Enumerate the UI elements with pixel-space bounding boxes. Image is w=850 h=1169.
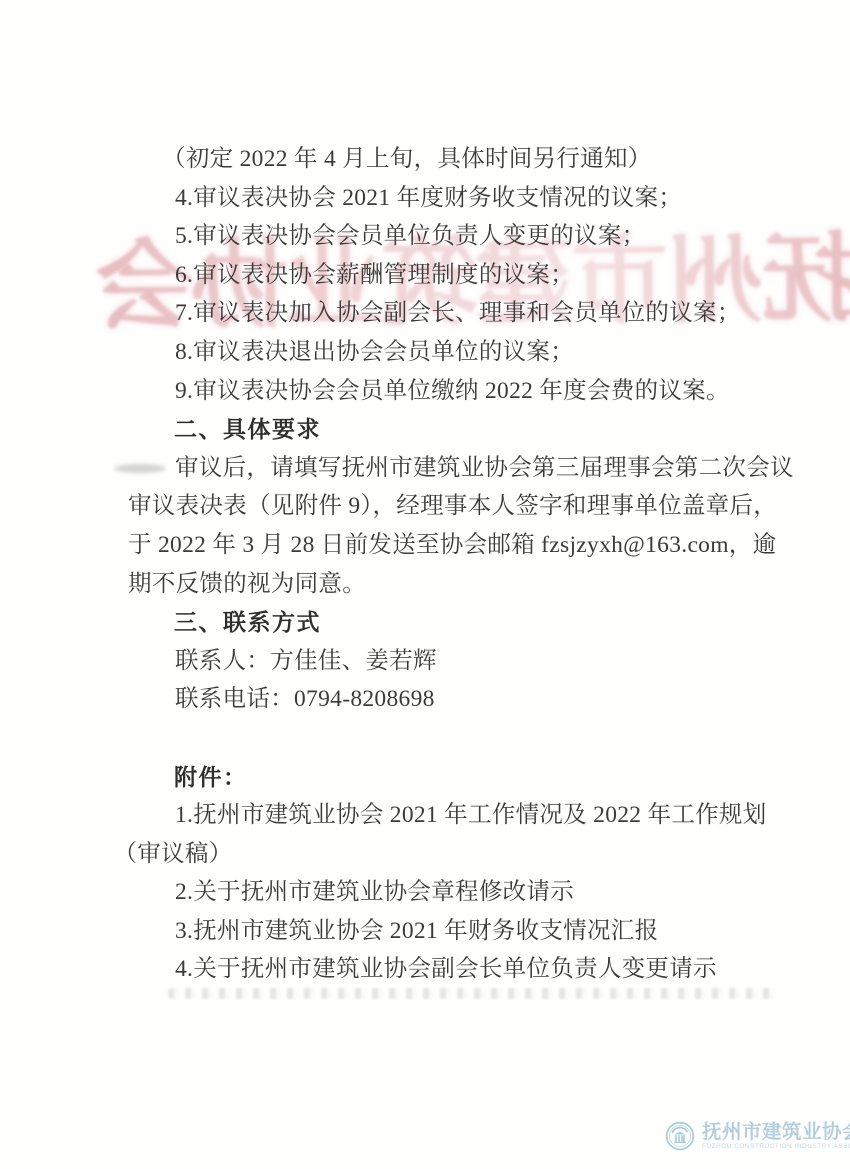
doc-line: 2.关于抚州市建筑业协会章程修改请示 — [128, 873, 788, 912]
doc-line — [128, 719, 788, 758]
association-logo-text: 抚州市建筑业协会 FUZHOU CONSTRUCTION INDUSTRY AS… — [702, 1122, 850, 1151]
doc-line: 5.审议表决协会会员单位负责人变更的议案； — [128, 217, 788, 256]
association-emblem-icon — [665, 1121, 695, 1151]
doc-line: 9.审议表决协会会员单位缴纳 2022 年度会费的议案。 — [128, 372, 788, 411]
doc-line: 联系人：方佳佳、姜若辉 — [128, 642, 788, 681]
doc-line: （审议稿） — [128, 835, 788, 874]
doc-line: 6.审议表决协会薪酬管理制度的议案； — [128, 256, 788, 295]
doc-heading-line: 二、具体要求 — [128, 410, 788, 449]
doc-line: 7.审议表决加入协会副会长、理事和会员单位的议案； — [128, 294, 788, 333]
doc-line: 1.抚州市建筑业协会 2021 年工作情况及 2022 年工作规划 — [128, 796, 788, 835]
association-logo-watermark: 抚州市建筑业协会 FUZHOU CONSTRUCTION INDUSTRY AS… — [665, 1121, 850, 1151]
doc-line: 4.关于抚州市建筑业协会副会长单位负责人变更请示 — [128, 950, 788, 989]
ghost-text-noise — [168, 988, 780, 999]
doc-line: 联系电话：0794-8208698 — [128, 680, 788, 719]
doc-line: 8.审议表决退出协会会员单位的议案； — [128, 333, 788, 372]
doc-line: 3.抚州市建筑业协会 2021 年财务收支情况汇报 — [128, 912, 788, 951]
doc-heading-line: 三、联系方式 — [128, 603, 788, 642]
doc-line: 于 2022 年 3 月 28 日前发送至协会邮箱 fzsjzyxh@163.c… — [128, 526, 788, 565]
doc-line: 审议表决表（见附件 9），经理事本人签字和理事单位盖章后， — [128, 487, 788, 526]
association-name-cn: 抚州市建筑业协会 — [702, 1122, 850, 1143]
document-body: （初定 2022 年 4 月上旬，具体时间另行通知）4.审议表决协会 2021 … — [128, 140, 788, 989]
doc-line: 期不反馈的视为同意。 — [128, 565, 788, 604]
doc-heading-line: 附件： — [128, 758, 788, 797]
doc-line: 审议后，请填写抚州市建筑业协会第三届理事会第二次会议 — [128, 449, 788, 488]
association-name-en: FUZHOU CONSTRUCTION INDUSTRY ASSOCIATION — [702, 1143, 850, 1151]
scanned-document-page: 抚州市建筑业协会 （初定 2022 年 4 月上旬，具体时间另行通知）4.审议表… — [0, 0, 850, 1169]
doc-line: 4.审议表决协会 2021 年度财务收支情况的议案； — [128, 179, 788, 218]
doc-line: （初定 2022 年 4 月上旬，具体时间另行通知） — [128, 140, 788, 179]
